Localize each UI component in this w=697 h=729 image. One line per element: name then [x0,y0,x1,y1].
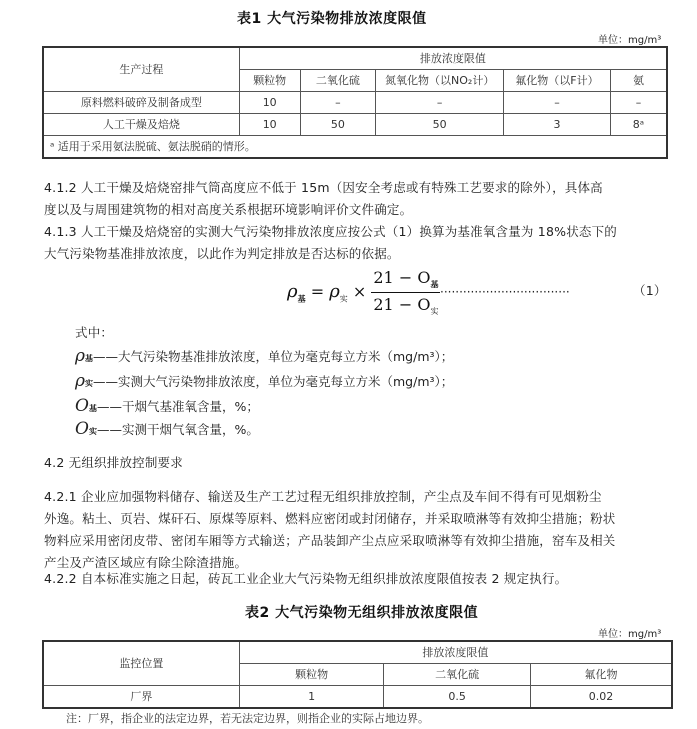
table2-header-location: 监控位置 [43,641,239,686]
symbol: ρ [75,371,85,391]
table1-header-process: 生产过程 [43,47,239,92]
paragraph-4-1-3-line1: 4.1.3 人工干燥及焙烧窑的实测大气污染物排放浓度应按公式（1）换算为基准氧含… [44,221,617,243]
table-cell: – [300,92,376,114]
table1-col-particulate: 颗粒物 [239,70,300,92]
table-row: 厂界 1 0.5 0.02 [43,686,672,709]
numerator: 21 − O [373,268,430,287]
table2-col-so2: 二氧化硫 [384,664,531,686]
table-cell: 8ᵃ [610,114,667,136]
definition-text: ——干烟气基准氧含量，%； [97,399,259,414]
definition-text: ——大气污染物基准排放浓度，单位为毫克每立方米（mg/m³）； [93,349,453,364]
table-cell: – [504,92,611,114]
symbol-sub: 实 [89,427,97,436]
table1-col-nox: 氮氧化物（以NO₂计） [376,70,504,92]
table2-col-particulate: 颗粒物 [239,664,384,686]
table-row: 人工干燥及焙烧 10 50 50 3 8ᵃ [43,114,667,136]
paragraph-4-1-2-line1: 4.1.2 人工干燥及焙烧窑排气筒高度应不低于 15m（因安全考虑或有特殊工艺要… [44,177,603,199]
definition-item: ρ基——大气污染物基准排放浓度，单位为毫克每立方米（mg/m³）； [75,346,453,366]
table2-header-group: 排放浓度限值 [239,641,672,664]
definition-item: O实——实测干烟气氧含量，%。 [75,419,259,439]
table1-header-group: 排放浓度限值 [239,47,667,70]
table-cell: 50 [300,114,376,136]
symbol-sub: 实 [85,379,93,388]
formula-rhs-sub: 实 [340,294,348,303]
formula-leader-dots: ·································· [440,285,570,299]
table-cell-process: 原料燃料破碎及制备成型 [43,92,239,114]
table-cell: 10 [239,114,300,136]
symbol: O [75,396,89,416]
paragraph-4-2-2: 4.2.2 自本标准实施之日起，砖瓦工业企业大气污染物无组织排放浓度限值按表 2… [44,568,567,590]
table2-col-fluoride: 氟化物 [530,664,672,686]
equals-sign: = [311,282,324,301]
table-cell: 50 [376,114,504,136]
table-cell: – [376,92,504,114]
rho-symbol: ρ [287,281,298,302]
formula-number: （1） [633,280,667,302]
table-cell: 0.5 [384,686,531,709]
paragraph-4-1-2-line2: 度以及与周围建筑物的相对高度关系根据环境影响评价文件确定。 [44,199,412,221]
table-cell: – [610,92,667,114]
paragraph-4-2-1-line3: 物料应采用密闭皮带、密闭车厢等方式输送；产品装卸产尘点应采取喷淋等有效抑尘措施，… [44,530,616,552]
table-cell: 1 [239,686,384,709]
table-cell: 3 [504,114,611,136]
table1-col-fluoride: 氟化物（以F计） [504,70,611,92]
formula-1: ρ基 = ρ实 × 21 − O基 21 − O实 [287,268,440,317]
denominator-sub: 实 [430,307,438,316]
definition-text: ——实测干烟气氧含量，%。 [97,422,259,437]
symbol: O [75,419,89,439]
symbol: ρ [75,346,85,366]
table-row: 原料燃料破碎及制备成型 10 – – – – [43,92,667,114]
table2: 监控位置 排放浓度限值 颗粒物 二氧化硫 氟化物 厂界 1 0.5 0.02 [42,640,673,709]
numerator-sub: 基 [430,279,438,289]
rho-symbol: ρ [329,281,340,302]
denominator: 21 − O [373,295,430,314]
table2-note: 注：厂界，指企业的法定边界，若无法定边界，则指企业的实际占地边界。 [66,710,429,726]
table1-title: 表1 大气污染物排放浓度限值 [237,8,427,28]
table-cell-location: 厂界 [43,686,239,709]
table2-unit: 单位：mg/m³ [598,625,661,640]
table1-col-so2: 二氧化硫 [300,70,376,92]
definition-item: ρ实——实测大气污染物排放浓度，单位为毫克每立方米（mg/m³）； [75,371,453,391]
table1-footnote: ᵃ 适用于采用氨法脱硫、氨法脱硝的情形。 [43,136,667,159]
paragraph-4-2-1-line1: 4.2.1 企业应加强物料储存、输送及生产工艺过程无组织排放控制，产尘点及车间不… [44,486,602,508]
section-4-2-heading: 4.2 无组织排放控制要求 [44,452,183,474]
symbol-sub: 基 [89,404,97,413]
table2-title: 表2 大气污染物无组织排放浓度限值 [245,602,478,622]
definitions-intro: 式中： [75,322,113,344]
symbol-sub: 基 [85,354,93,363]
table1: 生产过程 排放浓度限值 颗粒物 二氧化硫 氮氧化物（以NO₂计） 氟化物（以F计… [42,46,668,159]
table-cell: 10 [239,92,300,114]
times-sign: × [353,282,366,301]
table-cell: 0.02 [530,686,672,709]
formula-lhs-sub: 基 [298,293,306,303]
table1-unit: 单位：mg/m³ [598,31,661,46]
paragraph-4-2-1-line2: 外逸。粘土、页岩、煤矸石、原煤等原料、燃料应密闭或封闭储存，并采取喷淋等有效抑尘… [44,508,616,530]
definition-item: O基——干烟气基准氧含量，%； [75,396,259,416]
table-cell-process: 人工干燥及焙烧 [43,114,239,136]
fraction: 21 − O基 21 − O实 [371,268,440,317]
paragraph-4-1-3-line2: 大气污染物基准排放浓度，以此作为判定排放是否达标的依据。 [44,243,400,265]
table1-col-ammonia: 氨 [610,70,667,92]
definition-text: ——实测大气污染物排放浓度，单位为毫克每立方米（mg/m³）； [93,374,453,389]
